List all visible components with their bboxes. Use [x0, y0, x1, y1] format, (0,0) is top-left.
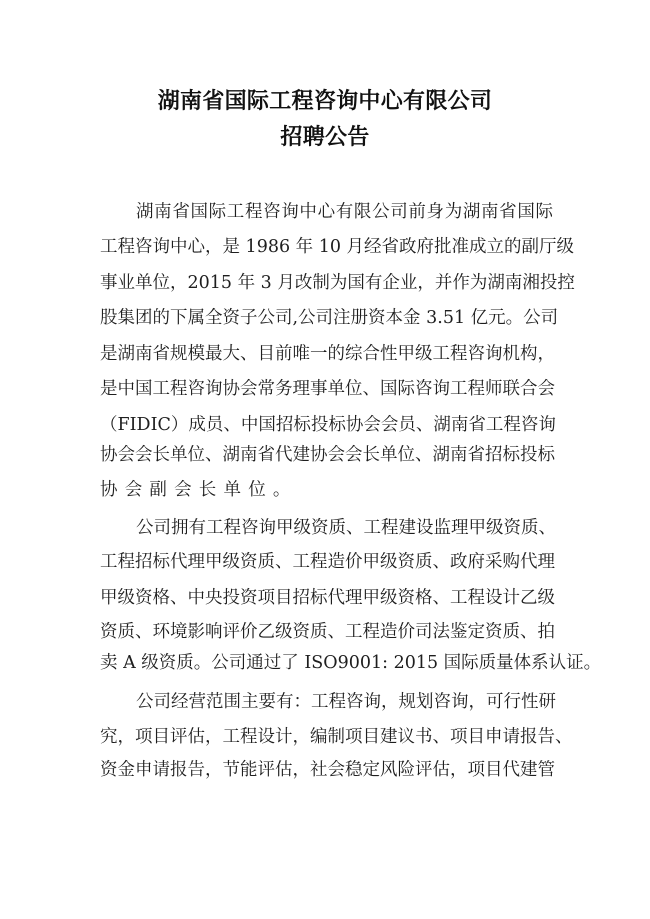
paragraph-1-line: 股集团的下属全资子公司,公司注册资本金 3.51 亿元。公司 [100, 307, 553, 329]
paragraph-3-line: 资金申请报告，节能评估，社会稳定风险评估，项目代建管 [100, 759, 553, 781]
paragraph-2-line: 卖 A 级资质。公司通过了 ISO9001: 2015 国际质量体系认证。 [100, 652, 553, 674]
paragraph-1-line: 是湖南省规模最大、目前唯一的综合性甲级工程咨询机构， [100, 343, 553, 365]
paragraph-3-line: 究，项目评估，工程设计，编制项目建议书、项目申请报告、 [100, 726, 553, 748]
paragraph-1-line: 事业单位，2015 年 3 月改制为国有企业，并作为湖南湘投控 [100, 272, 553, 294]
paragraph-1-line: （FIDIC）成员、中国招标投标协会会员、湖南省工程咨询 [100, 414, 553, 436]
paragraph-2-line: 公司拥有工程咨询甲级资质、工程建设监理甲级资质、 [136, 517, 553, 539]
paragraph-1-line: 协会副会长单位。 [100, 479, 553, 501]
document-page: 湖南省国际工程咨询中心有限公司 招聘公告 湖南省国际工程咨询中心有限公司前身为湖… [0, 0, 650, 919]
paragraph-3-line: 公司经营范围主要有：工程咨询，规划咨询，可行性研 [136, 691, 553, 713]
document-title-company: 湖南省国际工程咨询中心有限公司 [0, 88, 650, 114]
paragraph-1-line: 湖南省国际工程咨询中心有限公司前身为湖南省国际 [136, 201, 553, 223]
paragraph-2-line: 资质、环境影响评价乙级资质、工程造价司法鉴定资质、拍 [100, 621, 553, 643]
paragraph-1-line: 协会会长单位、湖南省代建协会会长单位、湖南省招标投标 [100, 444, 553, 466]
paragraph-2-line: 工程招标代理甲级资质、工程造价甲级资质、政府采购代理 [100, 551, 553, 573]
document-title-notice: 招聘公告 [0, 124, 650, 150]
paragraph-2-line: 甲级资格、中央投资项目招标代理甲级资格、工程设计乙级 [100, 587, 553, 609]
paragraph-1-line: 是中国工程咨询协会常务理事单位、国际咨询工程师联合会 [100, 378, 553, 400]
paragraph-1-line: 工程咨询中心，是 1986 年 10 月经省政府批准成立的副厅级 [100, 236, 553, 258]
